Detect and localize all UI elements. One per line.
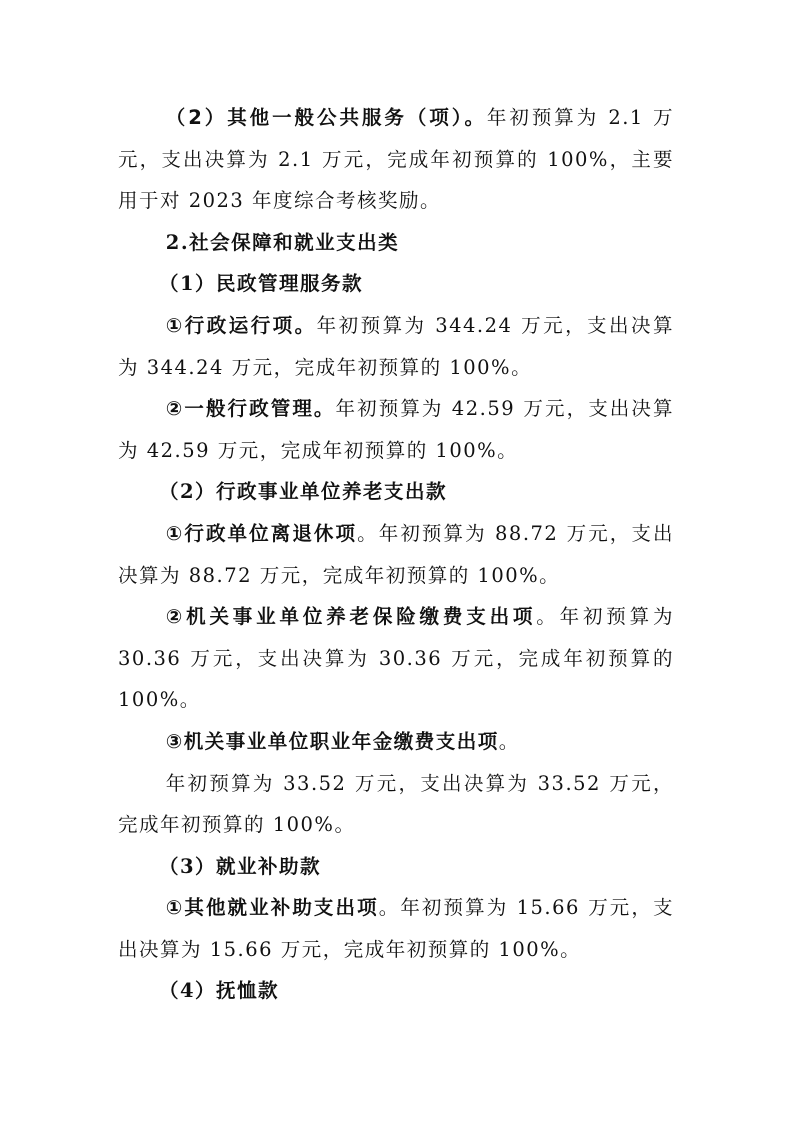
subsection-heading-employment-subsidy: （3）就业补助款 <box>118 846 674 888</box>
subsection-heading-pension-relief: （4）抚恤款 <box>118 970 674 1012</box>
item-heading: ②机关事业单位养老保险缴费支出项 <box>166 605 537 628</box>
paragraph-administrative-operation: ①行政运行项。年初预算为 344.24 万元，支出决算为 344.24 万元，完… <box>118 305 674 388</box>
item-heading: ②一般行政管理。 <box>166 397 336 420</box>
paragraph-retirement: ①行政单位离退休项。年初预算为 88.72 万元，支出决算为 88.72 万元，… <box>118 513 674 596</box>
paragraph-occupational-annuity-detail: 年初预算为 33.52 万元，支出决算为 33.52 万元，完成年初预算的 10… <box>118 763 674 846</box>
item-heading: ①行政运行项。 <box>166 314 317 337</box>
paragraph-other-employment-subsidy: ①其他就业补助支出项。年初预算为 15.66 万元，支出决算为 15.66 万元… <box>118 887 674 970</box>
paragraph-occupational-annuity: ③机关事业单位职业年金缴费支出项。 <box>118 721 674 763</box>
item-heading: ③机关事业单位职业年金缴费支出项 <box>166 730 499 753</box>
document-page: （2）其他一般公共服务（项）。年初预算为 2.1 万元，支出决算为 2.1 万元… <box>118 97 674 1012</box>
subsection-heading-pension: （2）行政事业单位养老支出款 <box>118 471 674 513</box>
paragraph-general-administration: ②一般行政管理。年初预算为 42.59 万元，支出决算为 42.59 万元，完成… <box>118 388 674 471</box>
subsection-heading-civil-affairs: （1）民政管理服务款 <box>118 263 674 305</box>
section-heading-social-security: 2.社会保障和就业支出类 <box>118 222 674 264</box>
paragraph-other-general-public-services: （2）其他一般公共服务（项）。年初预算为 2.1 万元，支出决算为 2.1 万元… <box>118 97 674 222</box>
item-heading: ①行政单位离退休项 <box>166 522 357 545</box>
item-heading: ①其他就业补助支出项 <box>166 896 379 919</box>
item-heading: （2）其他一般公共服务（项）。 <box>166 106 487 129</box>
item-text: 。 <box>499 730 520 753</box>
paragraph-pension-insurance: ②机关事业单位养老保险缴费支出项。年初预算为 30.36 万元，支出决算为 30… <box>118 596 674 721</box>
